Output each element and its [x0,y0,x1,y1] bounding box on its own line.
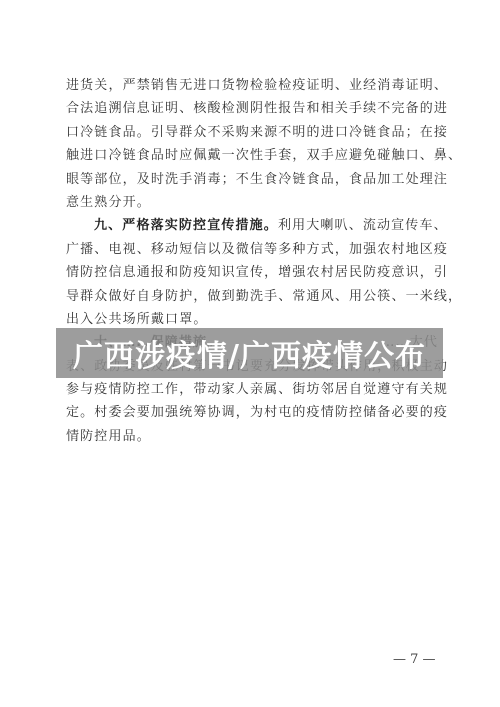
text-line: 导群众做好自身防护，做到勤洗手、常通风、用公筷、一米线， [66,285,438,308]
text-line: 合法追溯信息证明、核酸检测阴性报告和相关手续不完备的进 [66,97,438,120]
page-number: — 7 — [393,652,436,667]
section-9-heading: 九、严格落实防控宣传措施。 [94,218,278,233]
text-line: 参与疫情防控工作，带动家人亲属、街坊邻居自觉遵守有关规 [66,378,438,401]
section-9-text: 利用大喇叭、流动宣传车、 [278,218,448,233]
text-line: 眼等部位，及时洗手消毒；不生食冷链食品，食品加工处理注 [66,168,438,191]
banner-title: 广西涉疫情/广西疫情公布 [73,331,426,375]
section-9-first-line: 九、严格落实防控宣传措施。利用大喇叭、流动宣传车、 [66,214,438,237]
text-line: 情防控信息通报和防疫知识宣传，增强农村居民防疫意识，引 [66,261,438,284]
text-line: 触进口冷链食品时应佩戴一次性手套，双手应避免碰触口、鼻、 [66,144,438,167]
text-line: 广播、电视、移动短信以及微信等多种方式，加强农村地区疫 [66,238,438,261]
text-line: 口冷链食品。引导群众不采购来源不明的进口冷链食品；在接 [66,121,438,144]
title-banner-overlay: 广西涉疫情/广西疫情公布 [56,328,443,378]
text-line: 情防控用品。 [66,425,438,448]
document-page: 进货关，严禁销售无进口货物检验检疫证明、业经消毒证明、 合法追溯信息证明、核酸检… [0,0,500,707]
text-line: 意生熟分开。 [66,191,438,214]
document-body: 进货关，严禁销售无进口货物检验检疫证明、业经消毒证明、 合法追溯信息证明、核酸检… [66,74,438,448]
text-line: 进货关，严禁销售无进口货物检验检疫证明、业经消毒证明、 [66,74,438,97]
text-line: 定。村委会要加强统筹协调，为村屯的疫情防控储备必要的疫 [66,401,438,424]
